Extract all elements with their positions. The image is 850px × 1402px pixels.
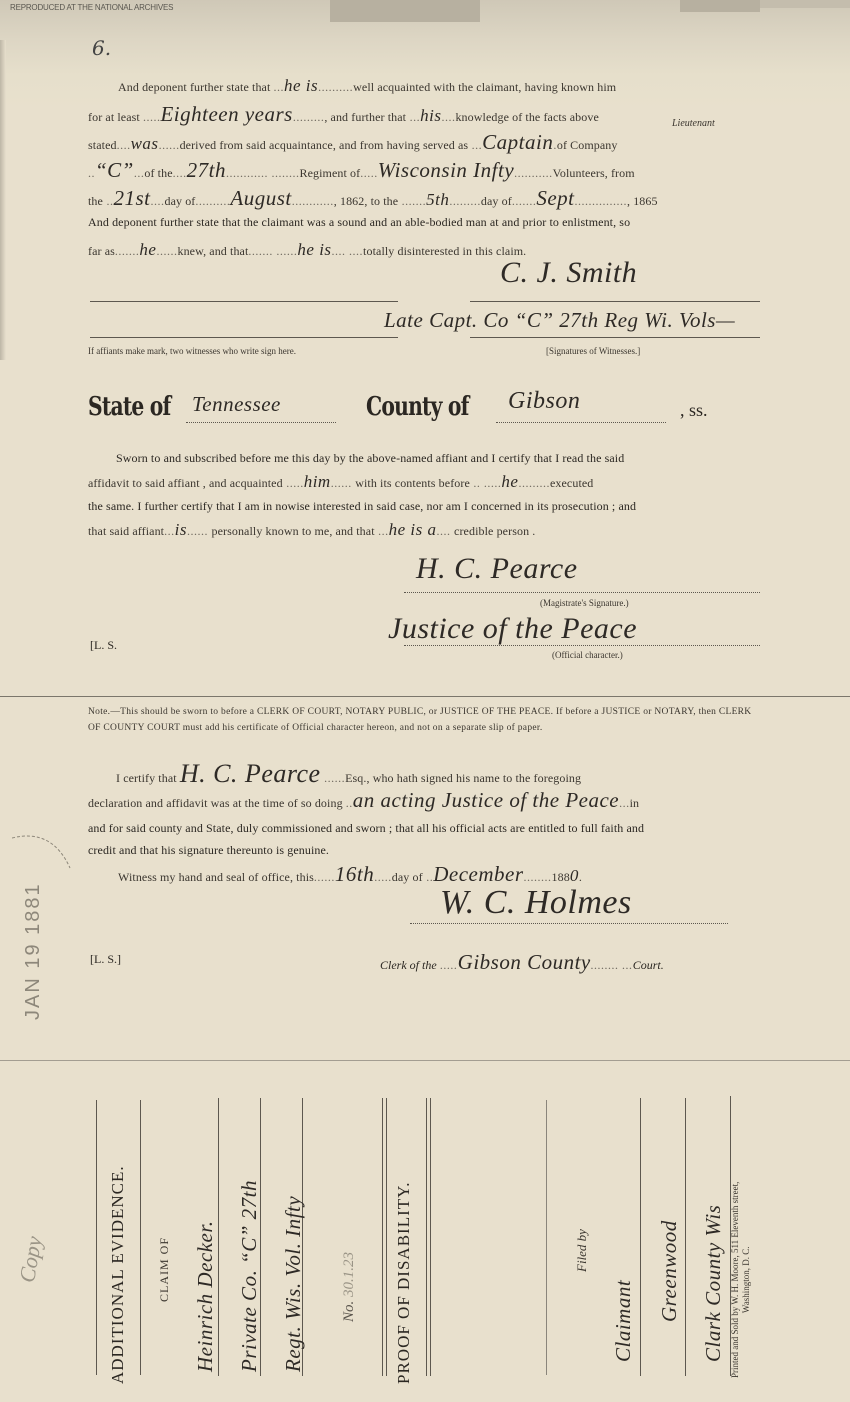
received-stamp: JAN 19 1881 (22, 882, 45, 1020)
deposition-line-2: for at least .....Eighteen years........… (88, 106, 762, 125)
document-page: REPRODUCED AT THE NATIONAL ARCHIVES 6. A… (0, 0, 850, 1402)
official-label: (Official character.) (552, 650, 623, 660)
deposition-line-6: And deponent further state that the clai… (88, 214, 762, 230)
magistrate-label: (Magistrate's Signature.) (540, 598, 629, 608)
witnesses-label: [Signatures of Witnesses.] (546, 346, 640, 356)
witness-line (470, 337, 760, 338)
filed-by-label: Filed by (574, 1229, 590, 1272)
filed-by-county: Clark County Wis (701, 1205, 726, 1362)
handwritten-fill: Wisconsin Infty (378, 158, 514, 182)
handwritten-fill: 27th (187, 158, 226, 182)
torn-edge (760, 0, 850, 8)
certificate-line-5: Witness my hand and seal of office, this… (118, 866, 792, 885)
deposition-line-1: And deponent further state that ...he is… (118, 78, 792, 95)
county-label: County of (366, 392, 469, 422)
claimant-regiment: Regt. Wis. Vol. Infty (281, 1196, 306, 1372)
signature-line (404, 592, 760, 593)
fold-line (0, 1060, 850, 1061)
seal-placeholder: [L. S. (90, 638, 117, 653)
official-character: Justice of the Peace (388, 612, 637, 646)
page-shadow (0, 40, 6, 360)
certificate-line-3: and for said county and State, duly comm… (88, 820, 762, 836)
docket-panel: ADDITIONAL EVIDENCE. CLAIM OF Heinrich D… (0, 1070, 850, 1402)
witness-line (90, 301, 398, 302)
claim-of-label: CLAIM OF (157, 1237, 172, 1302)
claimant-service: Private Co. “C” 27th (237, 1180, 262, 1372)
proof-title: PROOF OF DISABILITY. (394, 1182, 414, 1384)
page-mark: 6. (92, 36, 111, 60)
handwritten-fill: he (139, 240, 156, 259)
certificate-line-2: declaration and affidavit was at the tim… (88, 792, 762, 811)
jurat-para-1: Sworn to and subscribed before me this d… (116, 450, 790, 466)
handwritten-fill: August (230, 186, 291, 210)
certificate-line-4: credit and that his signature thereunto … (88, 842, 762, 858)
magistrate-signature: H. C. Pearce (416, 552, 578, 586)
handwritten-fill: 5th (426, 190, 449, 209)
handwritten-fill: H. C. Pearce (180, 759, 321, 788)
witness-line (90, 337, 398, 338)
deposition-line-7: far as.......he......knew, and that.....… (88, 242, 762, 259)
handwritten-fill: he is (297, 240, 331, 259)
handwritten-fill: December (433, 862, 523, 886)
handwritten-fill: is (175, 520, 187, 539)
handwritten-fill: Captain (482, 130, 553, 154)
signature-line (404, 645, 760, 646)
signature-line (410, 923, 728, 924)
handwritten-fill: 21st (113, 186, 150, 210)
claimant-name: Heinrich Decker. (193, 1221, 218, 1372)
handwritten-fill: he is (284, 76, 318, 95)
torn-edge (680, 0, 760, 12)
affiant-title: Late Capt. Co “C” 27th Reg Wi. Vols— (384, 308, 735, 333)
printer-imprint: Printed and Sold by W. H. Moore, 511 Ele… (730, 1182, 752, 1378)
handwritten-fill: him (304, 472, 331, 491)
certificate-line-1: I certify that H. C. Pearce ......Esq., … (116, 766, 790, 786)
docket-title: ADDITIONAL EVIDENCE. (108, 1165, 128, 1384)
handwritten-fill: Gibson County (458, 950, 591, 974)
handwritten-fill: Sept (536, 186, 574, 210)
claim-number: No. 30.1.23 (341, 1252, 358, 1322)
handwritten-fill: Eighteen years (160, 102, 292, 126)
handwritten-fill: he is a (389, 520, 437, 539)
handwritten-fill: 0 (570, 866, 579, 885)
jurat-para-3: the same. I further certify that I am in… (88, 498, 762, 514)
handwritten-fill: was (131, 134, 159, 153)
handwritten-fill: his (420, 106, 441, 125)
mark-instruction: If affiants make mark, two witnesses who… (88, 346, 296, 356)
fold-line (0, 696, 850, 697)
state-value: Tennessee (192, 392, 281, 417)
venue-line: State ofTennessee County of Gibson , ss. (88, 392, 768, 432)
clerk-signature: W. C. Holmes (440, 884, 632, 922)
torn-edge (330, 0, 480, 22)
handwritten-fill: an acting Justice of the Peace (353, 788, 619, 812)
seal-placeholder: [L. S.] (90, 952, 121, 967)
deposition-line-3: stated....was......derived from said acq… (88, 134, 762, 153)
deposition-line-4: ..“C”...of the....27th............ .....… (88, 162, 762, 181)
county-value: Gibson (508, 388, 580, 415)
jurat-para-2: affidavit to said affiant , and acquaint… (88, 474, 762, 491)
clerk-court-line: Clerk of the .....Gibson County........ … (380, 950, 664, 975)
state-label: State of (88, 392, 150, 422)
handwritten-fill: 16th (335, 862, 374, 886)
deposition-line-5: the ..21st....day of..........August....… (88, 190, 762, 209)
jurat-para-4: that said affiant...is...... personally … (88, 522, 762, 539)
archive-stamp: REPRODUCED AT THE NATIONAL ARCHIVES (10, 3, 173, 12)
signature-line (470, 301, 760, 302)
handwritten-insert: Lieutenant (672, 118, 715, 129)
handwritten-fill: he (501, 472, 518, 491)
handwritten-fill: “C” (95, 158, 134, 182)
filed-by-place: Greenwood (657, 1220, 682, 1322)
ss-mark: , ss. (680, 400, 708, 421)
filed-by-name: Claimant (611, 1280, 636, 1362)
affiant-signature: C. J. Smith (500, 256, 637, 290)
certificate-note: Note.—This should be sworn to before a C… (88, 704, 764, 736)
